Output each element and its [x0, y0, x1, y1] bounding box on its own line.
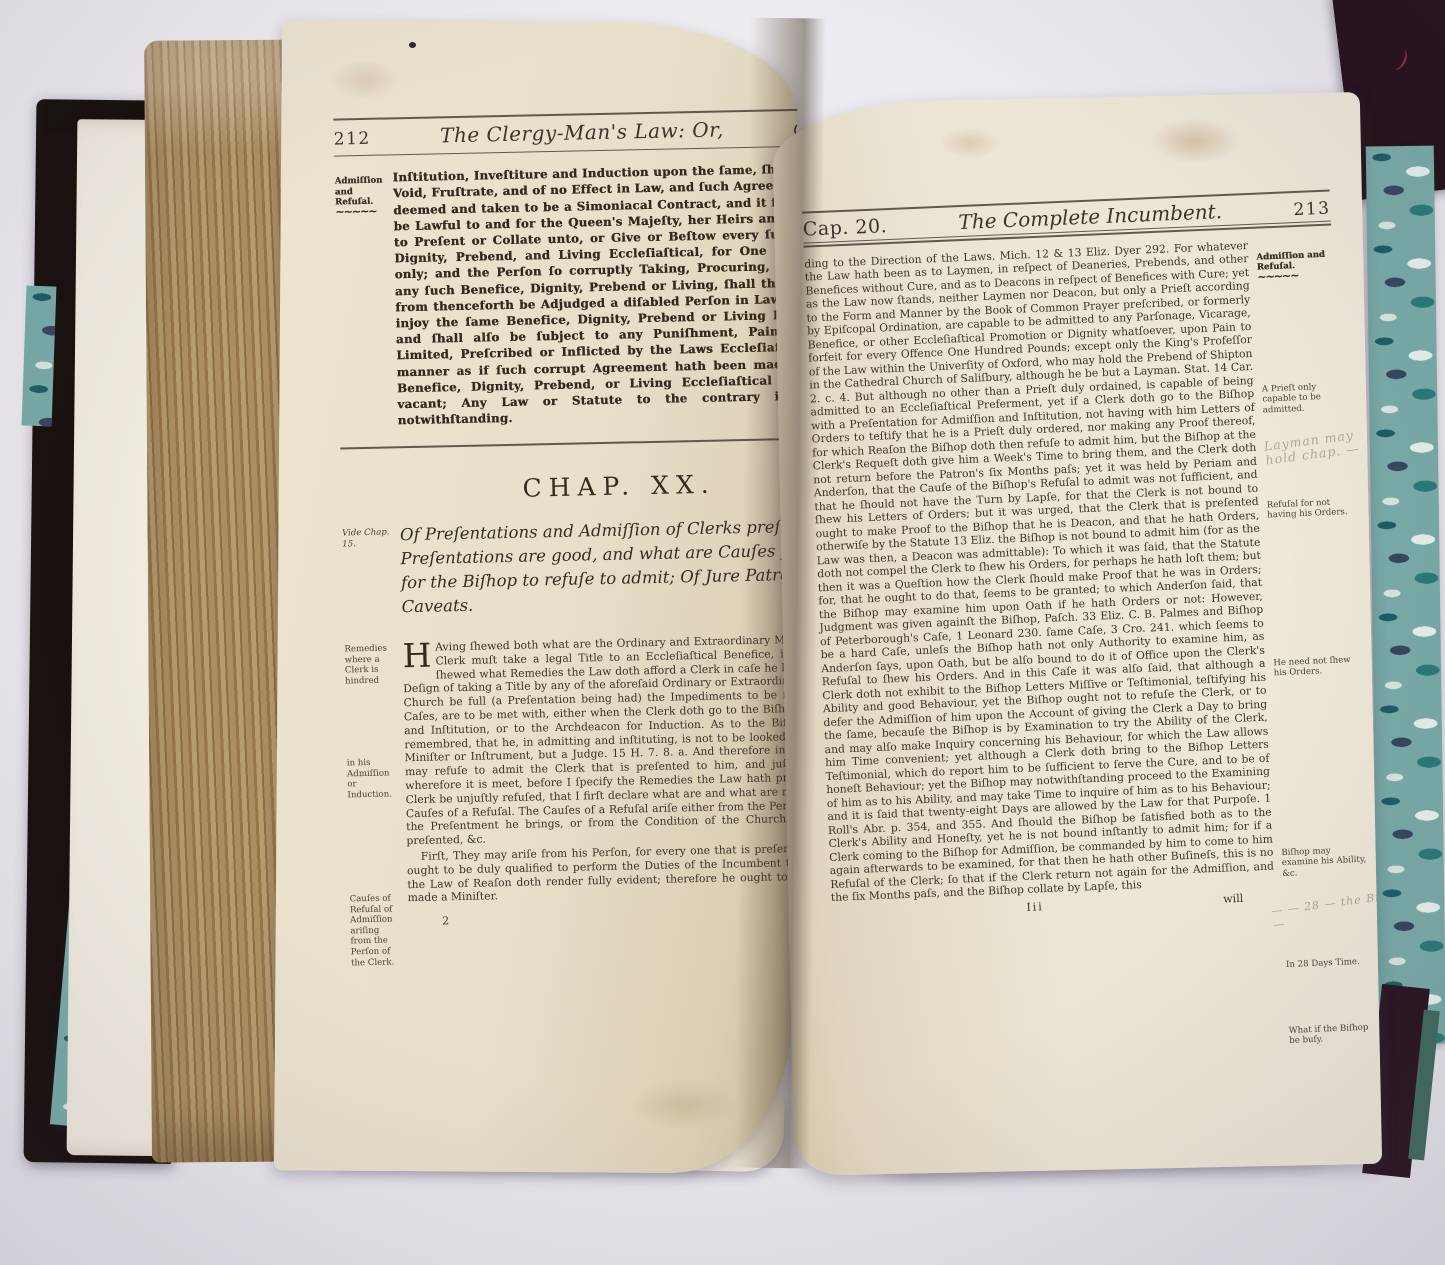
right-page-number: 213 — [1293, 198, 1331, 220]
margin-note-admission-refusal-right: Admiſſion and Refuſal. ~~~~~ — [1256, 249, 1343, 282]
margin-note-28-days: In 28 Days Time. — [1286, 956, 1372, 970]
margin-note-priest-only: A Prieſt only capable to be admitted. — [1262, 381, 1349, 416]
handwritten-note-pencil: — — 28 — the Biſhop — — [1271, 887, 1383, 933]
margin-note-text: Admiſſion and Refuſal. — [335, 176, 383, 208]
left-blackletter-block: Admiſſion and Refuſal. ~~~~~ Inſtitution… — [334, 159, 798, 430]
right-body-text: ding to the Direction of the Laws. Mich.… — [804, 239, 1275, 905]
margin-note-bishop-examine: Biſhop may examine his Ability, &c. — [1281, 844, 1368, 879]
margin-note-remedies: Remedies where a Clerk is hindred — [344, 643, 397, 686]
marbled-paper-right — [1366, 146, 1445, 1045]
right-page-surface: Cap. 20. The Complete Incumbent. 213 Adm… — [772, 92, 1382, 1176]
margin-note-causes-refusal: Cauſes of Refuſal of Admiſſion ariſing f… — [350, 893, 404, 968]
chapter-heading: CHAP. XX. — [399, 467, 798, 505]
margin-note-admission-induction: in his Admiſſion or Induction. — [347, 757, 400, 800]
margin-note-need-not-shew: He need not ſhew his Orders. — [1273, 655, 1360, 680]
left-body-block: Remedies where a Clerk is hindred in his… — [344, 631, 798, 929]
ink-speck — [409, 42, 416, 48]
section-divider-rule — [340, 437, 798, 449]
left-running-title: The Clergy-Man's Law: Or, — [370, 116, 793, 149]
gutter-shadow — [734, 18, 826, 1169]
margin-note-refusal-orders: Refuſal for not having his Orders. — [1267, 497, 1354, 522]
right-signature-mark: Iii — [1026, 900, 1044, 914]
flourish-squiggle: ~~~~~ — [1257, 270, 1343, 282]
right-body-block: Admiſſion and Refuſal. ~~~~~ A Prieſt on… — [804, 234, 1379, 904]
margin-note-bishop-busy: What if the Biſhop be buſy. — [1289, 1022, 1376, 1047]
margin-note-admission-refusal: Admiſſion and Refuſal. ~~~~~ — [335, 176, 388, 217]
handwritten-note-layman: Layman may hold chap. — — [1263, 424, 1382, 467]
chapter-summary: Of Preſentations and Admiſſion of Clerks… — [400, 513, 798, 619]
blackletter-paragraph: Inſtitution, Inveſtiture and Induction u… — [392, 160, 798, 429]
drop-cap: H — [402, 641, 435, 670]
chapter-summary-block: Vide Chap. 15. Of Preſentations and Admi… — [342, 513, 798, 620]
right-page-content: Cap. 20. The Complete Incumbent. 213 Adm… — [802, 189, 1379, 909]
left-page: 212 The Clergy-Man's Law: Or, Cap. 2 Adm… — [274, 20, 798, 1174]
foxing-stain — [330, 60, 400, 100]
margin-note-vide-chap: Vide Chap. 15. — [342, 527, 394, 549]
foxing-stain — [630, 1080, 740, 1130]
left-page-surface: 212 The Clergy-Man's Law: Or, Cap. 2 Adm… — [274, 20, 798, 1174]
left-page-number: 212 — [334, 128, 371, 149]
foxing-stain — [940, 128, 1000, 158]
right-page: Cap. 20. The Complete Incumbent. 213 Adm… — [772, 92, 1382, 1176]
catchword: will — [1223, 892, 1244, 906]
marbled-paper-left-upper — [22, 286, 57, 427]
foxing-stain — [1150, 118, 1240, 164]
flourish-squiggle: ~~~~~ — [335, 207, 387, 216]
left-page-content: 212 The Clergy-Man's Law: Or, Cap. 2 Adm… — [333, 107, 798, 929]
